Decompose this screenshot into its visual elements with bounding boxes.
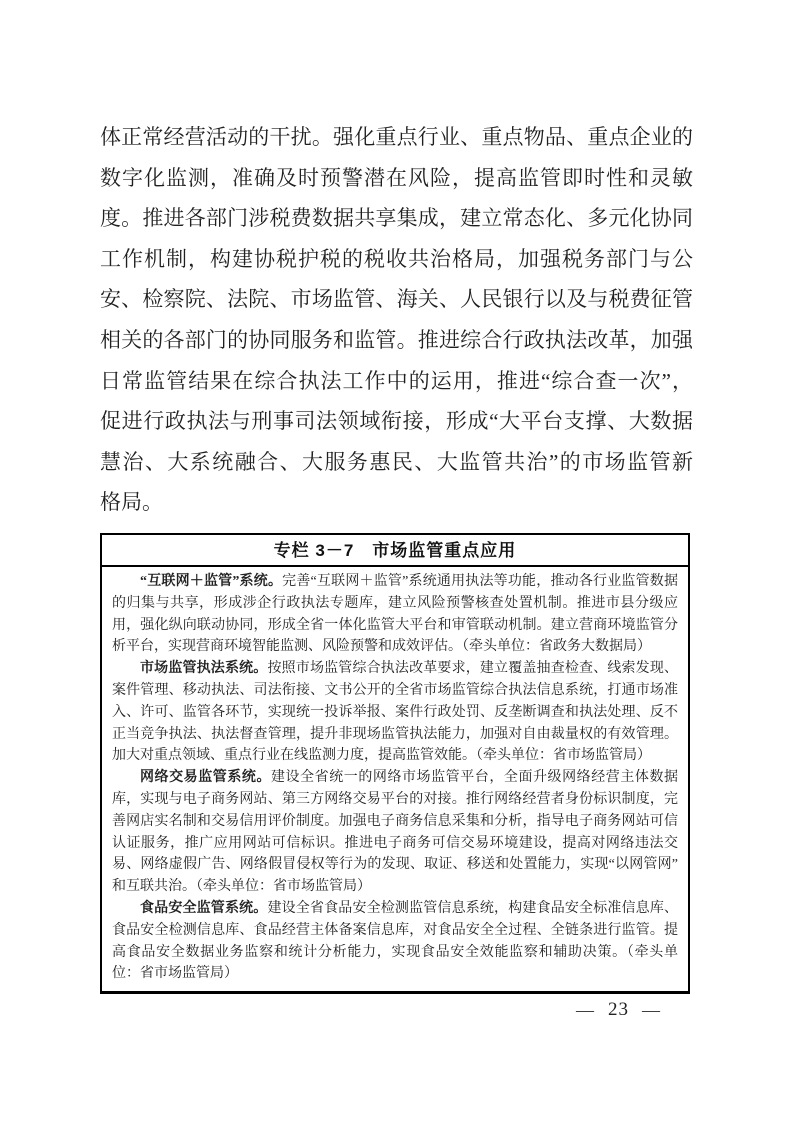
paragraph-lead: 市场监管执法系统。 bbox=[140, 661, 267, 676]
body-line: 度。推进各部门涉税费数据共享集成，建立常态化、多元化协同 bbox=[100, 198, 693, 239]
feature-box-title: 专栏 3－7 市场监管重点应用 bbox=[102, 535, 688, 567]
box-paragraph-online-trade: 网络交易监管系统。建设全省统一的网络市场监管平台，全面升级网络经营主体数据库，实… bbox=[112, 767, 678, 898]
box-paragraph-market-enforcement: 市场监管执法系统。按照市场监管综合执法改革要求，建立覆盖抽查检查、线索发现、案件… bbox=[112, 658, 678, 767]
body-line: 日常监管结果在综合执法工作中的运用，推进“综合查一次”， bbox=[100, 361, 693, 402]
document-page: 体正常经营活动的干扰。强化重点行业、重点物品、重点企业的 数字化监测，准确及时预… bbox=[0, 0, 793, 1122]
body-paragraph: 体正常经营活动的干扰。强化重点行业、重点物品、重点企业的 数字化监测，准确及时预… bbox=[100, 117, 693, 523]
page-number-value: 23 bbox=[608, 999, 629, 1021]
page-number-dash-left: — bbox=[576, 1000, 595, 1021]
body-line: 数字化监测，准确及时预警潜在风险，提高监管即时性和灵敏 bbox=[100, 158, 693, 199]
page-number-dash-right: — bbox=[642, 1000, 661, 1021]
body-line: 体正常经营活动的干扰。强化重点行业、重点物品、重点企业的 bbox=[100, 117, 693, 158]
body-line: 格局。 bbox=[100, 482, 693, 523]
paragraph-text: 按照市场监管综合执法改革要求，建立覆盖抽查检查、线索发现、案件管理、移动执法、司… bbox=[112, 661, 678, 763]
paragraph-lead: 网络交易监管系统。 bbox=[140, 770, 271, 785]
body-line: 工作机制，构建协税护税的税收共治格局，加强税务部门与公 bbox=[100, 239, 693, 280]
box-paragraph-food-safety: 食品安全监管系统。建设全省食品安全检测监管信息系统，构建食品安全标准信息库、食品… bbox=[112, 898, 678, 985]
body-line: 促进行政执法与刑事司法领域衔接，形成“大平台支撑、大数据 bbox=[100, 401, 693, 442]
body-line: 安、检察院、法院、市场监管、海关、人民银行以及与税费征管 bbox=[100, 279, 693, 320]
feature-box: 专栏 3－7 市场监管重点应用 “互联网＋监管”系统。完善“互联网＋监管”系统通… bbox=[100, 533, 690, 994]
body-line: 相关的各部门的协同服务和监管。推进综合行政执法改革，加强 bbox=[100, 320, 693, 361]
feature-box-body: “互联网＋监管”系统。完善“互联网＋监管”系统通用执法等功能，推动各行业监管数据… bbox=[102, 567, 688, 991]
paragraph-lead: 食品安全监管系统。 bbox=[140, 901, 267, 916]
box-paragraph-internet-regulation: “互联网＋监管”系统。完善“互联网＋监管”系统通用执法等功能，推动各行业监管数据… bbox=[112, 571, 678, 658]
paragraph-text: 建设全省统一的网络市场监管平台，全面升级网络经营主体数据库，实现与电子商务网站、… bbox=[112, 770, 678, 894]
paragraph-lead: “互联网＋监管”系统。 bbox=[140, 574, 282, 589]
page-number: — 23 — bbox=[576, 999, 661, 1021]
body-line: 慧治、大系统融合、大服务惠民、大监管共治”的市场监管新 bbox=[100, 442, 693, 483]
